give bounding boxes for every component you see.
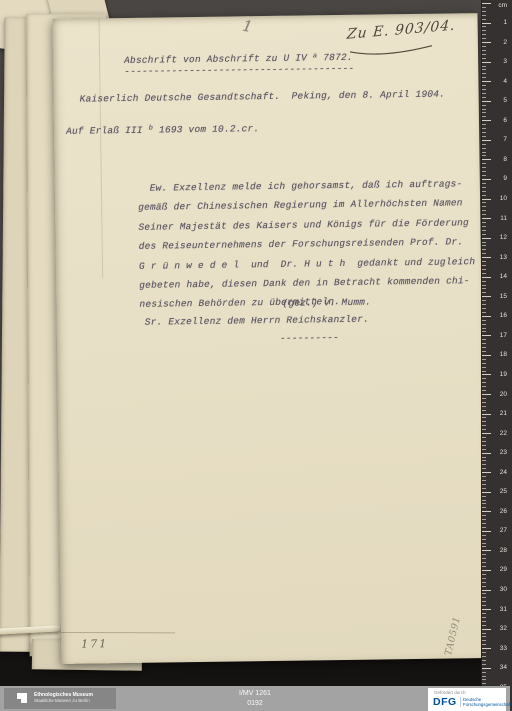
superscript-a: a — [313, 52, 318, 60]
ruler-number: 26 — [500, 508, 507, 515]
ruler-tick — [482, 277, 491, 278]
ruler-tick — [482, 617, 486, 618]
dfg-logo: DFG — [433, 696, 457, 708]
ruler-tick — [482, 347, 486, 348]
ruler-number: 18 — [500, 351, 507, 358]
document-page: 1 Zu E. 903/04. Abschrift von Abschrift … — [53, 13, 487, 664]
dfg-logo-box: Gefördert durch DFG Deutsche Forschungsg… — [428, 688, 506, 711]
ruler-tick — [482, 386, 486, 387]
ruler-tick — [482, 50, 486, 51]
ruler-tick — [482, 679, 486, 680]
ruler-tick — [482, 597, 486, 598]
reference-underline: --------------------------------------- — [124, 63, 354, 78]
ruler-tick — [482, 132, 486, 133]
ruler-tick — [482, 42, 491, 43]
ruler-tick — [482, 496, 486, 497]
pencil-vertical-mark: TA0591 — [443, 594, 469, 657]
ruler-tick — [482, 433, 491, 434]
ruler-tick — [482, 562, 486, 563]
ruler-tick — [482, 660, 486, 661]
ruler-tick — [482, 488, 486, 489]
ruler-tick — [482, 629, 491, 630]
ruler-number: 17 — [500, 332, 507, 339]
ruler-tick — [482, 230, 486, 231]
ruler-tick — [482, 359, 486, 360]
ruler-tick — [482, 410, 486, 411]
ruler-tick — [482, 355, 491, 356]
ruler-tick — [482, 30, 486, 31]
ruler-tick — [482, 378, 486, 379]
ruler-tick — [482, 437, 486, 438]
ruler-number: 16 — [500, 312, 507, 319]
ruler-tick — [482, 222, 486, 223]
superscript-b: b — [149, 125, 154, 133]
ruler-tick — [482, 527, 486, 528]
ruler-tick — [482, 140, 491, 141]
ruler-tick — [482, 120, 491, 121]
ruler-tick — [482, 476, 486, 477]
ruler-tick — [482, 417, 486, 418]
address-line: Sr. Exzellenz dem Herrn Reichskanzler. — [145, 314, 369, 329]
ruler-tick — [482, 605, 486, 606]
ruler-number: 9 — [503, 175, 507, 182]
body-paragraph: Ew. Exzellenz melde ich gehorsamst, daß … — [138, 174, 476, 315]
ruler-tick — [482, 457, 486, 458]
ruler-tick — [482, 394, 491, 395]
ruler-tick — [482, 574, 486, 575]
ruler-tick — [482, 93, 486, 94]
ruler-tick — [482, 398, 486, 399]
ruler-tick — [482, 640, 486, 641]
ruler-tick — [482, 81, 491, 82]
ruler-number: 20 — [500, 391, 507, 398]
ruler-tick — [482, 441, 486, 442]
ruler-tick — [482, 609, 491, 610]
ruler-tick — [482, 449, 486, 450]
ruler-tick — [482, 539, 486, 540]
ruler-tick — [482, 621, 486, 622]
ruler-tick — [482, 351, 486, 352]
ruler-tick — [482, 195, 486, 196]
ruler-number: 23 — [500, 449, 507, 456]
ruler-tick — [482, 265, 486, 266]
ruler-tick — [482, 503, 486, 504]
ruler-tick — [482, 480, 486, 481]
ruler-tick — [482, 515, 486, 516]
ruler-number: 33 — [500, 645, 507, 652]
ruler-tick — [482, 535, 486, 536]
ruler-tick — [482, 175, 486, 176]
fold-line — [99, 18, 104, 278]
ruler-tick — [482, 66, 486, 67]
ruler-tick — [482, 582, 486, 583]
ruler-tick — [482, 308, 486, 309]
ruler-tick — [482, 167, 486, 168]
ruler-tick — [482, 38, 486, 39]
ruler-tick — [482, 511, 491, 512]
ruler-tick — [482, 136, 486, 137]
ruler-tick — [482, 570, 491, 571]
ruler-tick — [482, 77, 486, 78]
ruler-number: 12 — [500, 234, 507, 241]
ruler-tick — [482, 367, 486, 368]
ruler-tick — [482, 320, 486, 321]
ruler-tick — [482, 124, 486, 125]
ruler-tick — [482, 328, 486, 329]
ruler-tick — [482, 664, 486, 665]
dateline: Peking, den 8. April 1904. — [292, 89, 446, 103]
ruler-tick — [482, 128, 486, 129]
ruler-tick — [482, 636, 486, 637]
ruler-number: 6 — [503, 117, 507, 124]
ruler-tick — [482, 116, 486, 117]
ruler-tick — [482, 292, 486, 293]
ruler-tick — [482, 23, 491, 24]
ruler-number: 8 — [503, 156, 507, 163]
ruler-tick — [482, 214, 486, 215]
ruler-tick — [482, 159, 491, 160]
ruler-number: 21 — [500, 410, 507, 417]
ruler-number: 2 — [503, 39, 507, 46]
ruler-number: 14 — [500, 273, 507, 280]
ruler-tick — [482, 202, 486, 203]
ruler-number: 29 — [500, 566, 507, 573]
archive-scan-viewer: { "document": { "ref_pre": "Abschrift vo… — [0, 0, 512, 711]
ruler-tick — [482, 593, 486, 594]
handwritten-archive-note: Zu E. 903/04. — [346, 17, 456, 42]
ruler-tick — [482, 148, 486, 149]
ruler-tick — [482, 460, 486, 461]
ruler-number: 27 — [500, 527, 507, 534]
ruler-tick — [482, 566, 486, 567]
ruler-tick — [482, 339, 486, 340]
ruler-tick — [482, 656, 486, 657]
ruler-tick — [482, 109, 486, 110]
ruler-tick — [482, 97, 486, 98]
ruler-tick — [482, 234, 486, 235]
ruler-number: 10 — [500, 195, 507, 202]
ruler-tick — [482, 586, 486, 587]
ruler-tick — [482, 652, 486, 653]
ruler-tick — [482, 312, 486, 313]
ruler-tick — [482, 152, 486, 153]
ruler-number: 1 — [503, 19, 507, 26]
ruler-tick — [482, 425, 486, 426]
ruler-number: 13 — [500, 254, 507, 261]
ruler-tick — [482, 73, 486, 74]
ruler-tick — [482, 371, 486, 372]
footer-bar: Ethnologisches Museum Staatliche Museen … — [0, 686, 510, 711]
ruler-unit-label: cm — [498, 2, 507, 9]
ruler-tick — [482, 58, 486, 59]
ruler-tick — [482, 676, 486, 677]
ruler-tick — [482, 374, 491, 375]
ruler-tick — [482, 445, 486, 446]
ruler-tick — [482, 472, 491, 473]
ruler-tick — [482, 273, 486, 274]
ruler-tick — [482, 554, 486, 555]
funding-note: Gefördert durch — [434, 690, 466, 695]
ruler-tick — [482, 300, 486, 301]
ruler-tick — [482, 7, 486, 8]
ruler-tick — [482, 171, 486, 172]
ruler-tick — [482, 414, 491, 415]
ruler-tick — [482, 249, 486, 250]
ruler-tick — [482, 105, 486, 106]
ruler-tick — [482, 253, 486, 254]
ruler-tick — [482, 531, 491, 532]
ruler-tick — [482, 11, 486, 12]
ruler-tick — [482, 191, 486, 192]
ruler-tick — [482, 288, 486, 289]
ruler-tick — [482, 390, 486, 391]
ruler-tick — [482, 683, 486, 684]
ruler-tick — [482, 19, 486, 20]
ruler-tick — [482, 335, 491, 336]
ruler-tick — [482, 285, 486, 286]
ruler-tick — [482, 89, 486, 90]
ruler-tick — [482, 523, 486, 524]
ruler-tick — [482, 187, 486, 188]
pencil-page-number: 1 — [242, 19, 254, 33]
ruler-number: 28 — [500, 547, 507, 554]
dfg-name: Deutsche Forschungsgemeinschaft — [460, 697, 511, 707]
ruler-tick — [482, 402, 486, 403]
closing-dashes: ---------- — [280, 332, 339, 345]
ruler-tick — [482, 484, 486, 485]
ruler-tick — [482, 429, 486, 430]
ruler-tick — [482, 46, 486, 47]
ruler-tick — [482, 226, 486, 227]
ruler-tick — [482, 34, 486, 35]
ruler-tick — [482, 155, 486, 156]
ruler-number: 30 — [500, 586, 507, 593]
erlass-line: Auf Erlaß III b 1693 vom 10.2.cr. — [66, 123, 259, 139]
ruler-number: 31 — [500, 606, 507, 613]
ruler-tick — [482, 519, 486, 520]
ruler-tick — [482, 343, 486, 344]
sender-line: Kaiserlich Deutsche Gesandtschaft. — [80, 91, 281, 106]
pencil-folio-number: 171 — [81, 637, 108, 650]
ruler-tick — [482, 238, 491, 239]
ruler-tick — [482, 492, 491, 493]
ruler-tick — [482, 62, 491, 63]
ruler-number: 19 — [500, 371, 507, 378]
ruler-tick — [482, 85, 486, 86]
ruler-tick — [482, 179, 491, 180]
ruler-tick — [482, 590, 491, 591]
ruler-tick — [482, 101, 491, 102]
ruler-tick — [482, 199, 491, 200]
ruler-tick — [482, 468, 486, 469]
ruler-number: 11 — [500, 215, 507, 222]
ruler-tick — [482, 578, 486, 579]
ruler-tick — [482, 668, 491, 669]
ruler-number: 34 — [500, 664, 507, 671]
ruler-tick — [482, 543, 486, 544]
ruler-tick — [482, 304, 486, 305]
ruler-tick — [482, 54, 486, 55]
ruler-tick — [482, 648, 491, 649]
ruler-tick — [482, 633, 486, 634]
ruler-tick — [482, 69, 486, 70]
ruler: cm 1234567891011121314151617181920212223… — [481, 0, 512, 711]
ruler-tick — [482, 281, 486, 282]
ruler-tick — [482, 453, 491, 454]
ruler-tick — [482, 507, 486, 508]
ruler-tick — [482, 331, 486, 332]
ruler-number: 32 — [500, 625, 507, 632]
ruler-tick — [482, 26, 486, 27]
ruler-tick — [482, 464, 486, 465]
signature-line: (gez.) v. Mumm. — [282, 297, 371, 310]
ruler-number: 22 — [500, 430, 507, 437]
crease-line — [61, 632, 175, 633]
ruler-tick — [482, 206, 486, 207]
ruler-tick — [482, 218, 491, 219]
ruler-tick — [482, 257, 491, 258]
ruler-tick — [482, 245, 486, 246]
ruler-tick — [482, 421, 486, 422]
ruler-number: 5 — [503, 97, 507, 104]
ruler-tick — [482, 112, 486, 113]
ruler-number: 15 — [500, 293, 507, 300]
ruler-tick — [482, 163, 486, 164]
ruler-tick — [482, 144, 486, 145]
ruler-tick — [482, 613, 486, 614]
ruler-tick — [482, 382, 486, 383]
ruler-tick — [482, 316, 491, 317]
ruler-tick — [482, 210, 486, 211]
ruler-tick — [482, 269, 486, 270]
ruler-tick — [482, 242, 486, 243]
ruler-tick — [482, 15, 486, 16]
underline-flourish — [348, 44, 434, 59]
ruler-tick — [482, 625, 486, 626]
ruler-tick — [482, 644, 486, 645]
ruler-number: 4 — [503, 78, 507, 85]
ruler-tick — [482, 672, 486, 673]
ruler-tick — [482, 3, 491, 4]
ruler-tick — [482, 546, 486, 547]
ruler-tick — [482, 601, 486, 602]
ruler-number: 25 — [500, 488, 507, 495]
ruler-tick — [482, 296, 491, 297]
ruler-number: 3 — [503, 58, 507, 65]
ruler-tick — [482, 550, 491, 551]
ruler-tick — [482, 558, 486, 559]
ruler-tick — [482, 363, 486, 364]
ruler-tick — [482, 324, 486, 325]
ruler-tick — [482, 183, 486, 184]
ruler-number: 24 — [500, 469, 507, 476]
ruler-tick — [482, 406, 486, 407]
ruler-number: 7 — [503, 136, 507, 143]
ruler-tick — [482, 500, 486, 501]
ruler-tick — [482, 261, 486, 262]
